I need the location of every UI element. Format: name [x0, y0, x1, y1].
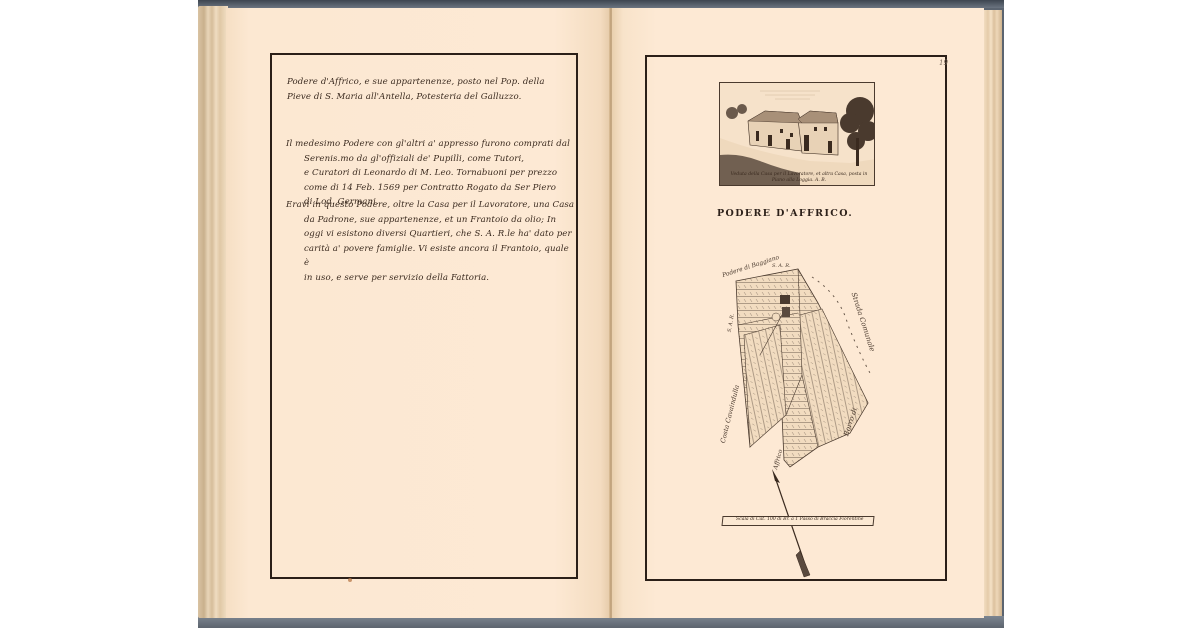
paragraph-line: Eravi in questo Podere, oltre la Casa pe…: [286, 198, 576, 213]
book-page-edges-right: [984, 10, 1002, 616]
paragraph-line: Il medesimo Podere con gl'altri a' appre…: [286, 137, 576, 152]
left-page-heading: Podere d'Affrico, e sue appartenenze, po…: [287, 75, 571, 104]
paragraph-line: oggi vi esistono diversi Quartieri, che …: [286, 227, 576, 242]
farmhouse-vignette: [719, 82, 875, 186]
scan-top-edge: [198, 0, 1004, 8]
paragraph-line: in uso, e serve per servizio della Fatto…: [286, 271, 576, 286]
vignette-caption: Veduta della Casa per il Lavoratore, et …: [724, 172, 874, 184]
paragraph-line: come di 14 Feb. 1569 per Contratto Rogat…: [286, 181, 576, 196]
paragraph-line: Serenis.mo da gl'offiziali de' Pupilli, …: [286, 152, 576, 167]
map-scale-text: Scala di Cat. 100 di Br. a 1 Passo di Br…: [736, 517, 864, 522]
book-cover-left-edge: [198, 6, 228, 618]
map-title: PODERE D'AFFRICO.: [717, 208, 853, 219]
paper-stain: [348, 578, 352, 582]
paragraph-line: da Padrone, sue appartenenze, et un Fran…: [286, 213, 576, 228]
paragraph-line: e Curatori di Leonardo di M. Leo. Tornab…: [286, 166, 576, 181]
paragraph-description: Eravi in questo Podere, oltre la Casa pe…: [286, 198, 576, 285]
left-page-frame: [270, 53, 578, 579]
paragraph-line: carità a' povere famiglie. Vi esiste anc…: [286, 242, 576, 271]
map-label-north-sub: S. A. R.: [772, 263, 791, 269]
farmhouse-illustration-icon: [720, 83, 875, 186]
page-number: 19: [939, 59, 948, 67]
